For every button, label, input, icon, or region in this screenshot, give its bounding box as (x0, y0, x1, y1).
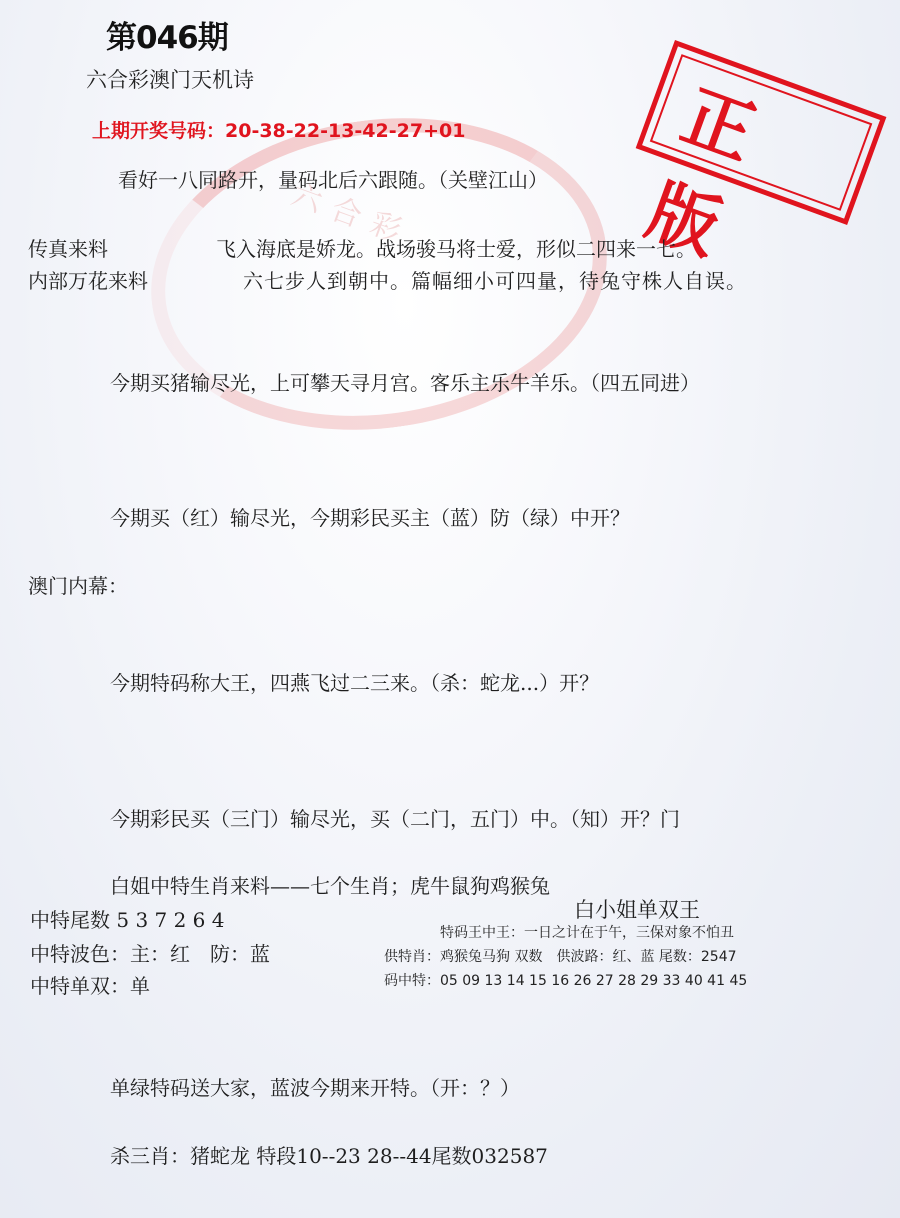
red-line: 今期买（红）输尽光，今期彩民买主（蓝）防（绿）中开？ (110, 502, 630, 531)
fax-label: 传真来料 (28, 233, 108, 262)
pig-line: 今期买猪输尽光，上可攀天寻月宫。客乐主乐牛羊乐。（四五同进） (110, 367, 700, 396)
subtitle: 六合彩澳门天机诗 (86, 64, 254, 94)
tail-numbers: 中特尾数 5 3 7 2 6 4 (30, 904, 225, 933)
authentic-stamp: 正版 (636, 40, 887, 225)
doors-line: 今期彩民买（三门）输尽光，买（二门，五门）中。（知）开？门 (110, 803, 680, 832)
panel-line-2: 供特肖：鸡猴兔马狗 双数 供波路：红、蓝 尾数：2547 (384, 946, 737, 966)
odd-even: 中特单双：单 (30, 970, 150, 999)
kill-line: 杀三肖：猪蛇龙 特段10--23 28--44尾数032587 (110, 1140, 548, 1169)
issue-title: 第046期 (106, 12, 228, 57)
bai-zodiac-line: 白姐中特生肖来料——七个生肖；虎牛鼠狗鸡猴兔 (110, 870, 550, 899)
poem-line: 看好一八同路开，量码北后六跟随。（关壁江山） (118, 164, 548, 193)
panel-line-1: 特码王中王：一日之计在于午，三保对象不怕丑 (440, 922, 734, 942)
panel-title: 白小姐单双王 (574, 894, 700, 924)
king-line: 今期特码称大王，四燕飞过二三来。（杀：蛇龙...）开？ (110, 667, 599, 696)
green-line: 单绿特码送大家，蓝波今期来开特。（开：？） (110, 1072, 520, 1101)
panel-line-3: 码中特：05 09 13 14 15 16 26 27 28 29 33 40 … (384, 970, 747, 990)
last-draw-numbers: 上期开奖号码：20-38-22-13-42-27+01 (92, 116, 465, 143)
internal-text: 六七步人到朝中。篇幅细小可四量，待兔守株人自误。 (243, 265, 747, 294)
internal-label: 内部万花来料 (28, 265, 148, 294)
macau-label: 澳门内幕： (28, 570, 128, 599)
fax-text: 飞入海底是娇龙。战场骏马将士爱，形似二四来一七。 (216, 233, 696, 262)
wave-color: 中特波色：主：红 防：蓝 (30, 938, 270, 967)
